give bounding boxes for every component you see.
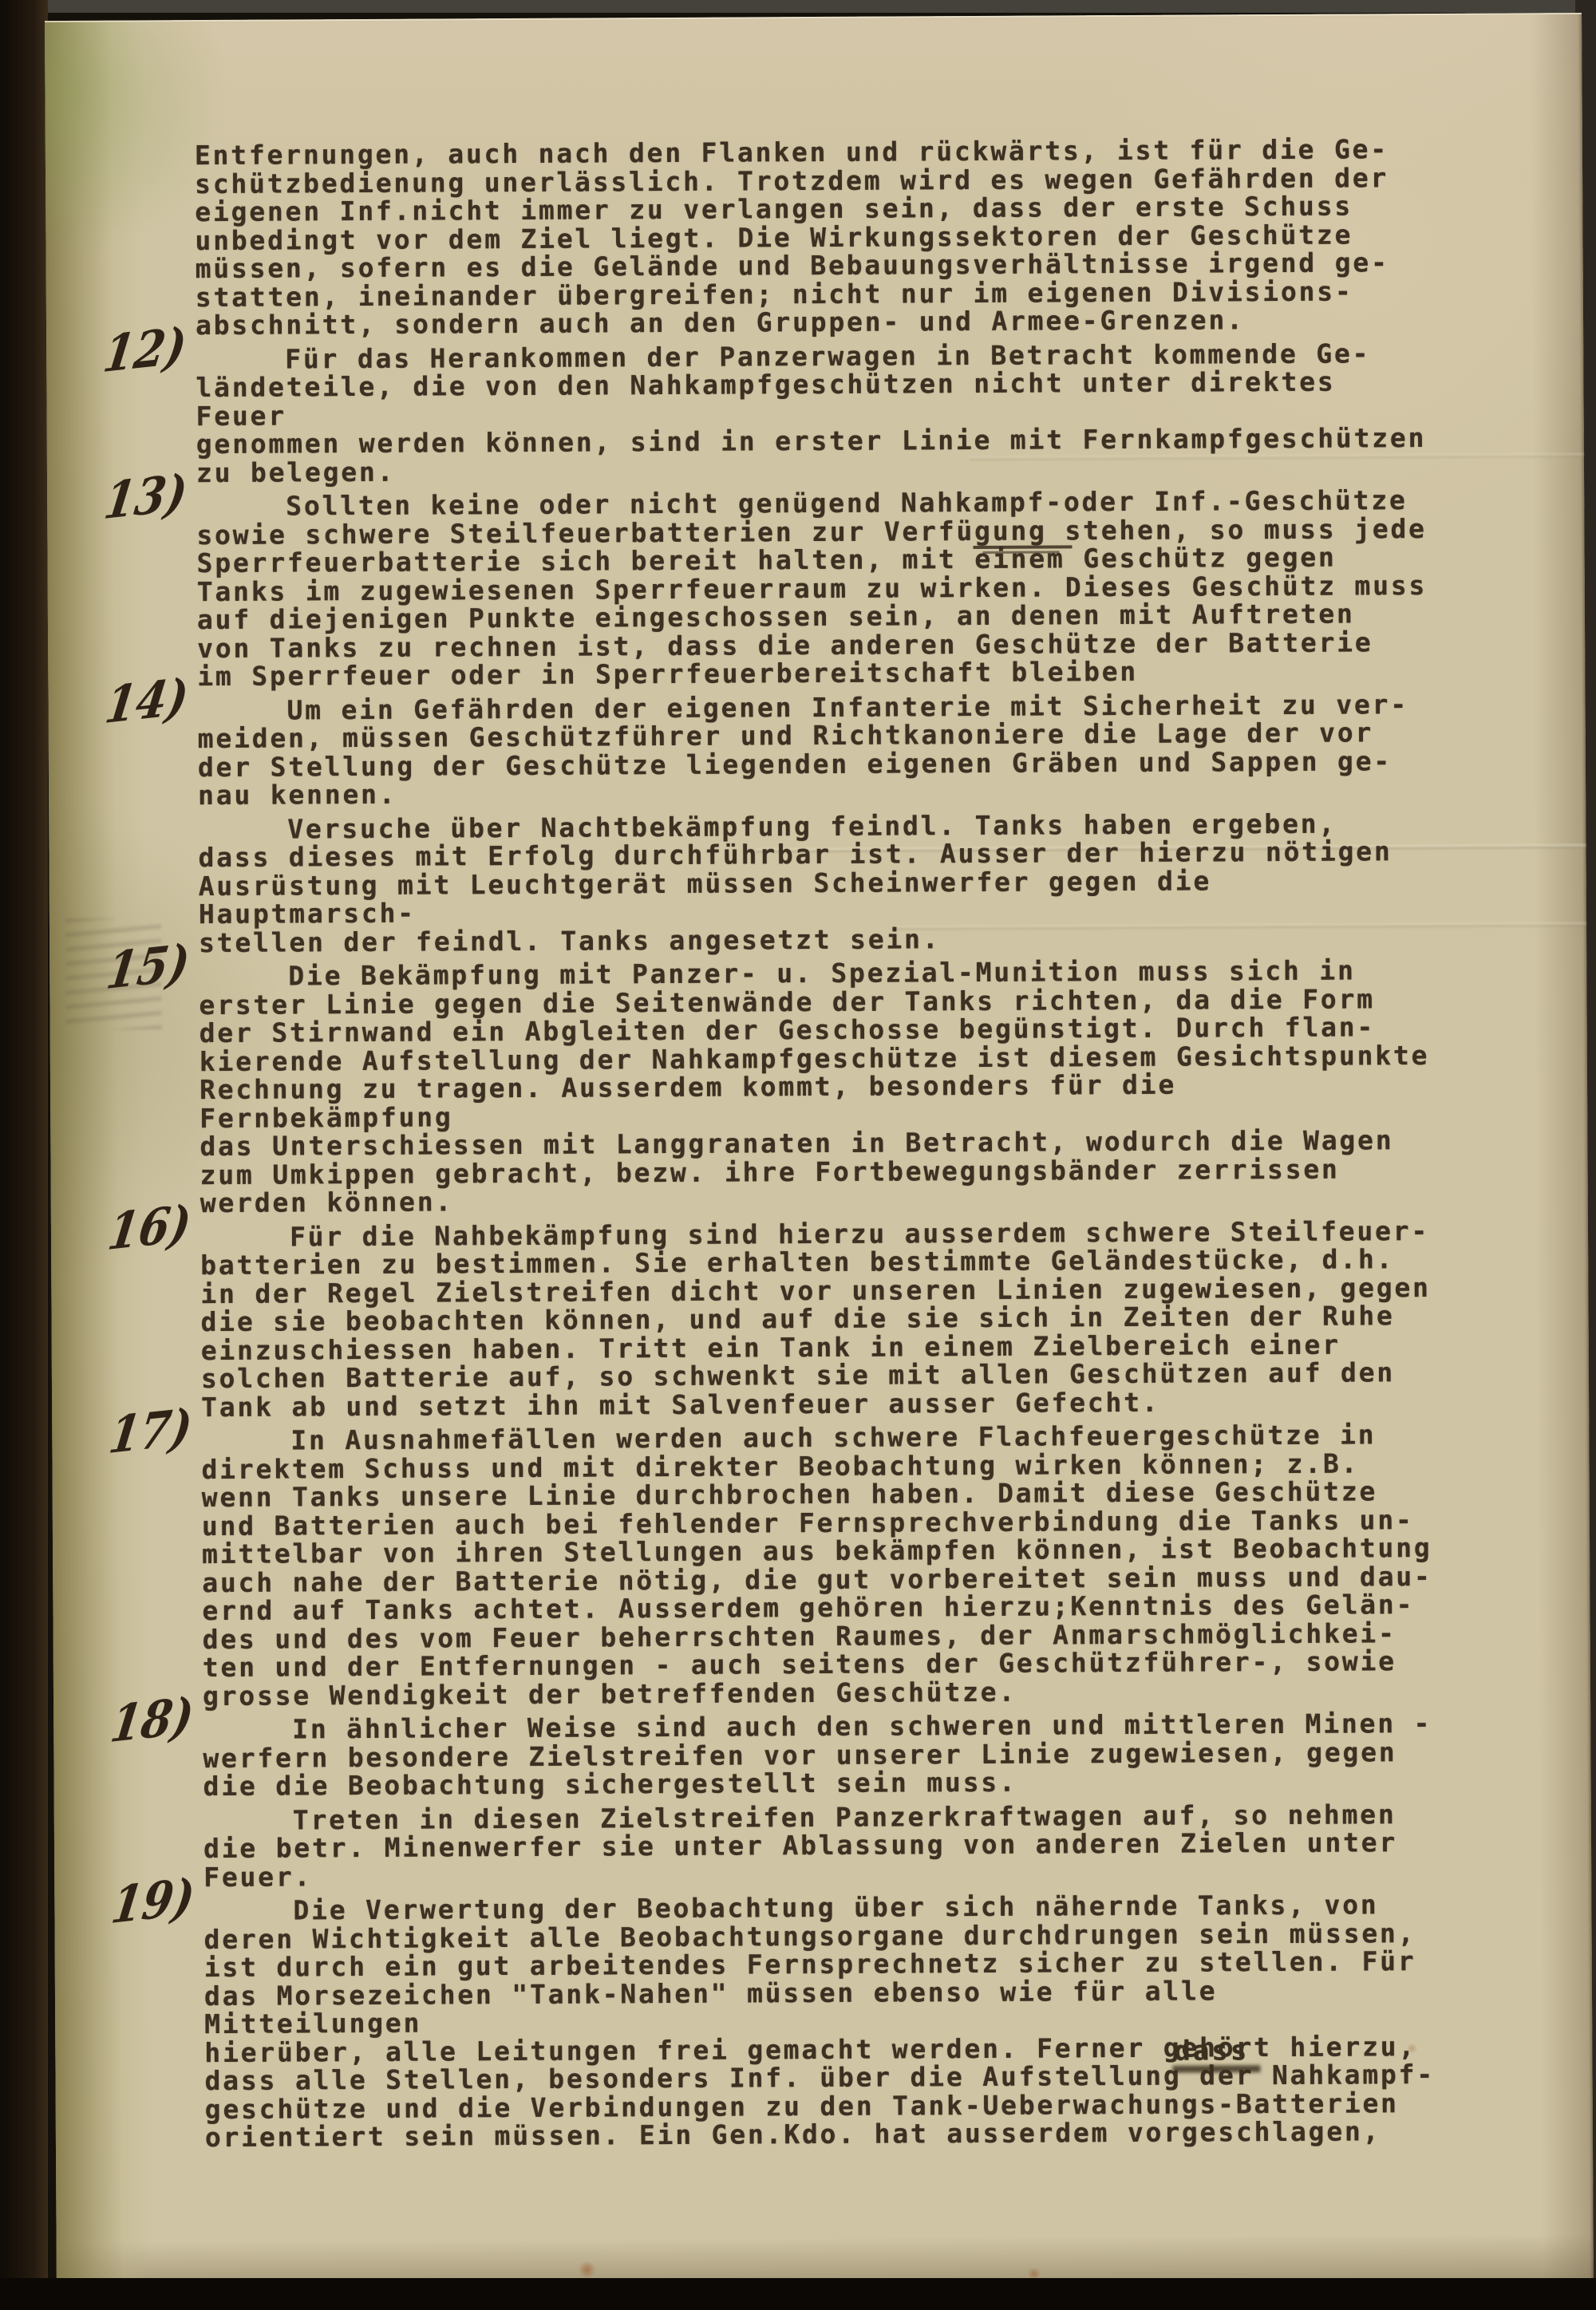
hand-underline-einem	[973, 545, 1072, 549]
margin-section-number: 16)	[106, 1206, 193, 1249]
typewritten-text-column: Entfernungen, auch nach den Flanken und …	[195, 135, 1450, 2158]
typewritten-paragraph: Um ein Gefährden der eigenen Infanterie …	[197, 689, 1443, 809]
hand-underline-einem	[983, 551, 1060, 554]
catchword: dass	[1174, 2035, 1249, 2067]
typewritten-paragraph: Für die Nahbekämpfung sind hierzu ausser…	[200, 1216, 1446, 1421]
margin-section-number: 13)	[102, 476, 189, 519]
section-13: 13) Sollten keine oder nicht genügend Na…	[196, 486, 1442, 691]
photo-frame-bottom-edge	[0, 2278, 1596, 2310]
section-15: 15) Die Bekämpfung mit Panzer- u. Spezia…	[199, 956, 1445, 1218]
intro-continuation-paragraph: Entfernungen, auch nach den Flanken und …	[195, 135, 1440, 340]
margin-section-number: 19)	[109, 1881, 196, 1923]
section-17: 17) In Ausnahmefällen werden auch schwer…	[201, 1420, 1448, 1710]
section-12: 12) Für das Herankommen der Panzerwagen …	[196, 338, 1441, 487]
section-16: 16) Für die Nahbekämpfung sind hierzu au…	[200, 1216, 1446, 1421]
photo-frame-left-edge	[0, 0, 48, 2310]
typewritten-paragraph: In ähnlicher Weise sind auch den schwere…	[203, 1709, 1448, 1801]
margin-section-number: 18)	[109, 1700, 196, 1742]
typewritten-paragraph: Treten in diesen Zielstreifen Panzerkraf…	[203, 1799, 1449, 1891]
typewritten-paragraph: Die Bekämpfung mit Panzer- u. Spezial-Mu…	[199, 956, 1445, 1218]
margin-section-number: 14)	[104, 680, 191, 722]
typewritten-paragraph: Versuche über Nachtbekämpfung feindl. Ta…	[198, 808, 1444, 957]
margin-section-number: 17)	[107, 1411, 194, 1453]
document-page: Entfernungen, auch nach den Flanken und …	[45, 13, 1594, 2290]
margin-section-number: 15)	[105, 946, 192, 989]
typewritten-paragraph: Entfernungen, auch nach den Flanken und …	[195, 135, 1440, 340]
night-combat-paragraph: Versuche über Nachtbekämpfung feindl. Ta…	[198, 808, 1444, 957]
typewritten-paragraph: Die Verwertung der Beobachtung über sich…	[203, 1890, 1450, 2152]
section-18: 18) In ähnlicher Weise sind auch den sch…	[203, 1709, 1448, 1801]
armoured-cars-paragraph: Treten in diesen Zielstreifen Panzerkraf…	[203, 1799, 1449, 1891]
photo-of-document: { "document": { "language": "German", "k…	[0, 0, 1596, 2310]
typewritten-paragraph: Sollten keine oder nicht genügend Nahkam…	[196, 486, 1442, 691]
section-14: 14) Um ein Gefährden der eigenen Infante…	[197, 689, 1443, 809]
typewritten-paragraph: In Ausnahmefällen werden auch schwere Fl…	[201, 1420, 1448, 1710]
typewritten-paragraph: Für das Herankommen der Panzerwagen in B…	[196, 338, 1441, 487]
section-19: 19) Die Verwertung der Beobachtung über …	[203, 1890, 1450, 2152]
photo-frame-top-edge	[0, 0, 1596, 13]
catchword-underline-smudge	[1172, 2065, 1260, 2073]
margin-section-number: 12)	[101, 329, 188, 371]
